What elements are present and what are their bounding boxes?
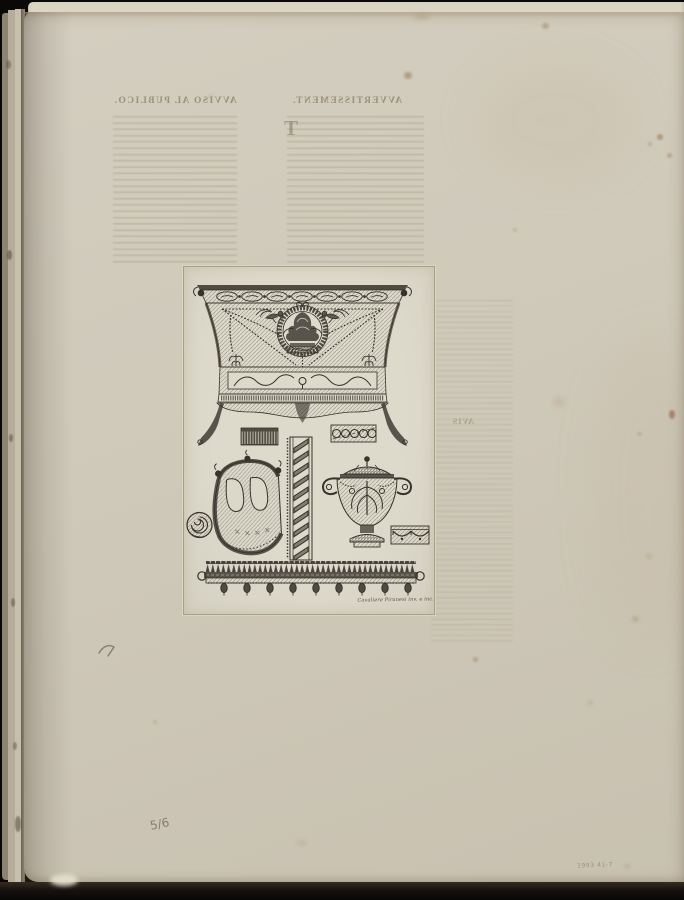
etching-swag-frieze bbox=[391, 526, 429, 544]
page-top-edge bbox=[24, 12, 684, 17]
showthrough-text-column-right bbox=[287, 116, 424, 266]
etching bbox=[184, 267, 436, 616]
book-photo: AVVISO AL PUBLICO. AVVERTISSEMENT. T AVI… bbox=[0, 0, 684, 900]
etching-frieze-left bbox=[241, 428, 278, 445]
showthrough-side-column bbox=[431, 300, 513, 645]
pencil-accession-number: 1993 41-7 bbox=[577, 861, 613, 869]
etching-plate: Cavaliere Piranesi inv. e inc. bbox=[183, 266, 435, 615]
etching-pilaster bbox=[288, 437, 313, 561]
page-corner-highlight bbox=[50, 874, 78, 886]
etching-commode bbox=[194, 285, 412, 446]
etching-cresting-border bbox=[198, 561, 424, 596]
bottom-shadow-band bbox=[0, 882, 684, 900]
showthrough-heading-french: AVVERTISSEMENT. bbox=[286, 96, 408, 106]
gutter-shadow bbox=[24, 12, 72, 882]
etching-chair-back bbox=[211, 448, 285, 555]
showthrough-side-heading: AVIS bbox=[432, 417, 474, 426]
page-edge-strip bbox=[8, 10, 15, 886]
book-gutter-page-edges bbox=[0, 9, 26, 885]
showthrough-heading-italian: AVVISO AL PUBLICO. bbox=[112, 96, 238, 106]
etching-frieze-right bbox=[331, 425, 376, 442]
showthrough-text-column-left bbox=[113, 116, 237, 266]
etching-shell bbox=[187, 513, 212, 538]
pencil-squiggle bbox=[97, 642, 119, 660]
